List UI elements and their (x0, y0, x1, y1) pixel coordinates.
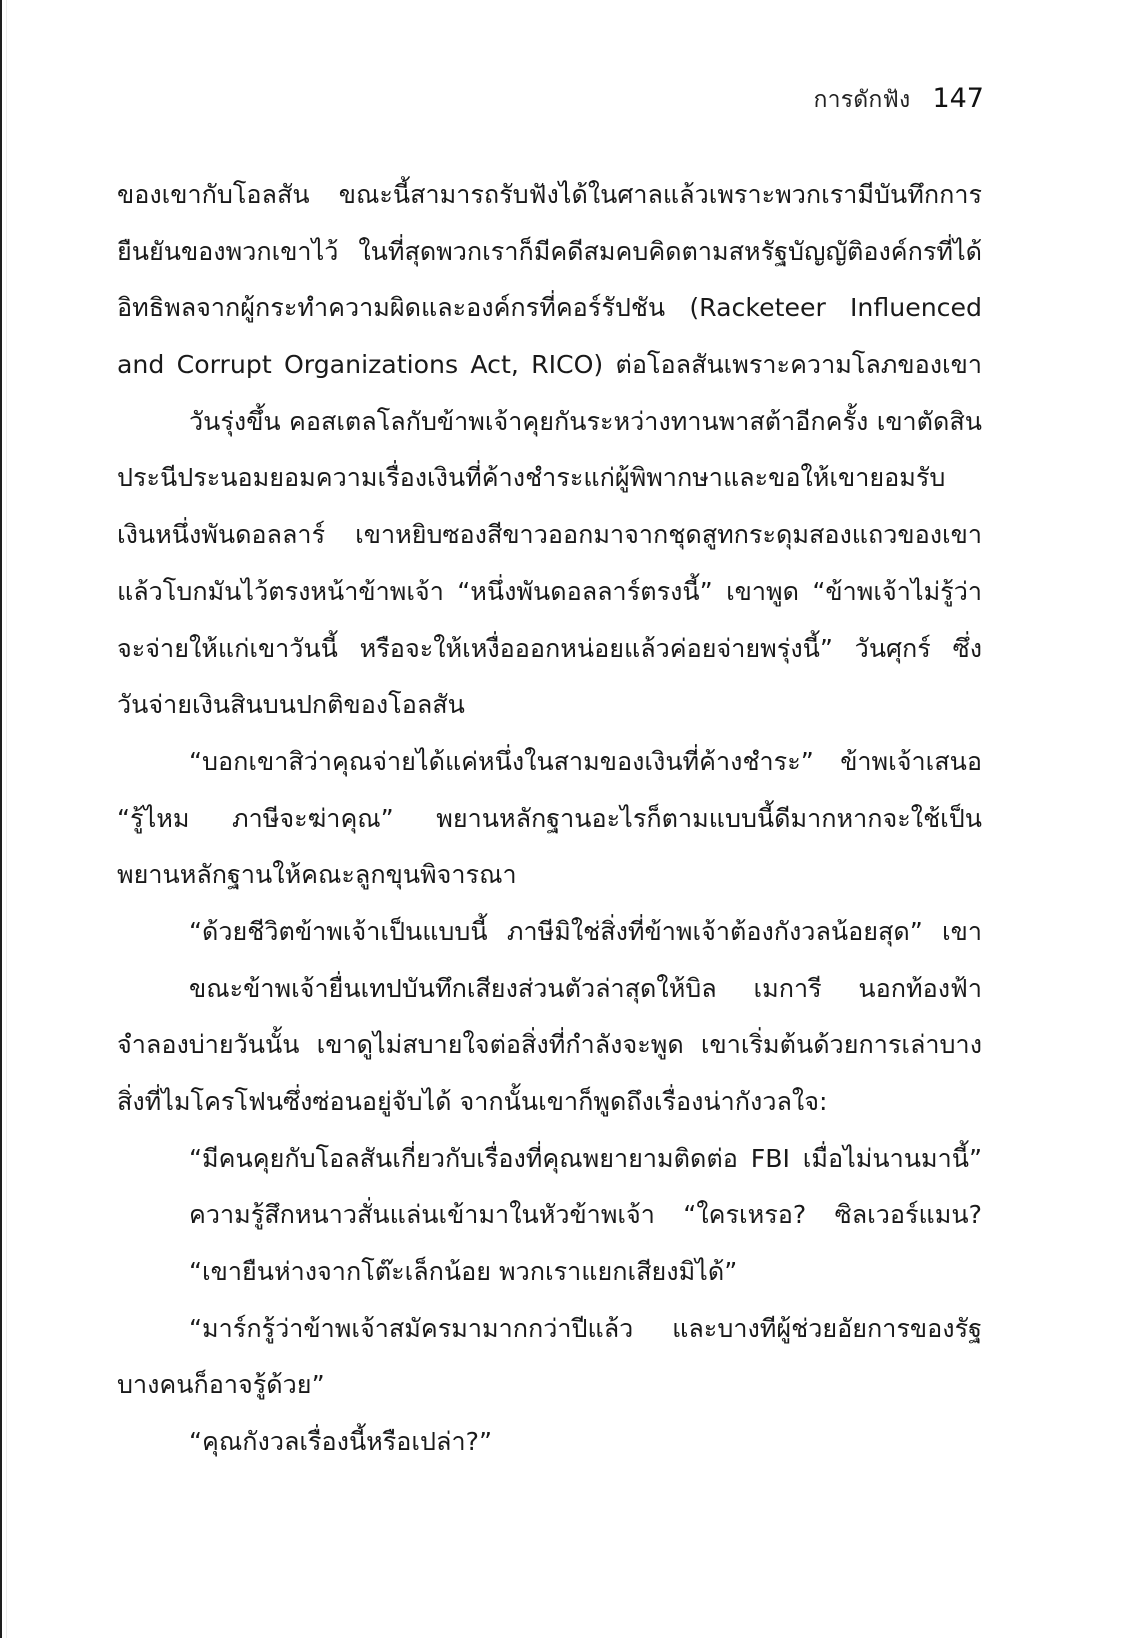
text-line: อิทธิพลจากผู้กระทำความผิดและองค์กรที่คอร… (117, 283, 982, 340)
paragraph-start-line: “ด้วยชีวิตข้าพเจ้าเป็นแบบนี้ ภาษีมิใช่สิ… (117, 907, 982, 964)
paragraph-end-line: วันจ่ายเงินสินบนปกติของโอลสัน (117, 680, 982, 737)
text-line: จำลองบ่ายวันนั้น เขาดูไม่สบายใจต่อสิ่งที… (117, 1020, 982, 1077)
dialogue-line: “มาร์กรู้ว่าข้าพเจ้าสมัครมามากกว่าปีแล้ว… (117, 1304, 982, 1361)
page-gutter-line (6, 0, 7, 1638)
chapter-title: การดักฟัง (813, 82, 910, 118)
body-text: ของเขากับโอลสัน ขณะนี้สามารถรับฟังได้ในศ… (117, 170, 982, 1474)
dialogue-line: ความรู้สึกหนาวสั่นแล่นเข้ามาในหัวข้าพเจ้… (117, 1190, 982, 1247)
dialogue-line: “เขายืนห่างจากโต๊ะเล็กน้อย พวกเราแยกเสีย… (117, 1247, 982, 1304)
text-line: “รู้ไหม ภาษีจะฆ่าคุณ” พยานหลักฐานอะไรก็ต… (117, 794, 982, 851)
paragraph-start-line: วันรุ่งขึ้น คอสเตลโลกับข้าพเจ้าคุยกันระห… (117, 397, 982, 454)
page-number: 147 (932, 83, 984, 114)
page-edge-border (0, 0, 2, 1638)
paragraph-end-line: สิ่งที่ไมโครโฟนซึ่งซ่อนอยู่จับได้ จากนั้… (117, 1077, 982, 1134)
text-line: เงินหนึ่งพันดอลลาร์ เขาหยิบซองสีขาวออกมา… (117, 510, 982, 567)
text-line: and Corrupt Organizations Act, RICO) ต่อ… (117, 340, 982, 397)
text-line: ประนีประนอมยอมความเรื่องเงินที่ค้างชำระแ… (117, 453, 982, 510)
running-header: การดักฟัง 147 (813, 82, 984, 118)
text-line: ยืนยันของพวกเขาไว้ ในที่สุดพวกเราก็มีคดี… (117, 227, 982, 284)
text-line: จะจ่ายให้แก่เขาวันนี้ หรือจะให้เหงื่อออก… (117, 624, 982, 681)
text-line: ของเขากับโอลสัน ขณะนี้สามารถรับฟังได้ในศ… (117, 170, 982, 227)
paragraph-start-line: ขณะข้าพเจ้ายื่นเทปบันทึกเสียงส่วนตัวล่าส… (117, 964, 982, 1021)
dialogue-line: “คุณกังวลเรื่องนี้หรือเปล่า?” (117, 1417, 982, 1474)
paragraph-end-line: พยานหลักฐานให้คณะลูกขุนพิจารณา (117, 850, 982, 907)
paragraph-end-line: บางคนก็อาจรู้ด้วย” (117, 1360, 982, 1417)
dialogue-line: “มีคนคุยกับโอลสันเกี่ยวกับเรื่องที่คุณพย… (117, 1134, 982, 1191)
text-line: แล้วโบกมันไว้ตรงหน้าข้าพเจ้า “หนึ่งพันดอ… (117, 567, 982, 624)
paragraph-start-line: “บอกเขาสิว่าคุณจ่ายได้แค่หนึ่งในสามของเง… (117, 737, 982, 794)
